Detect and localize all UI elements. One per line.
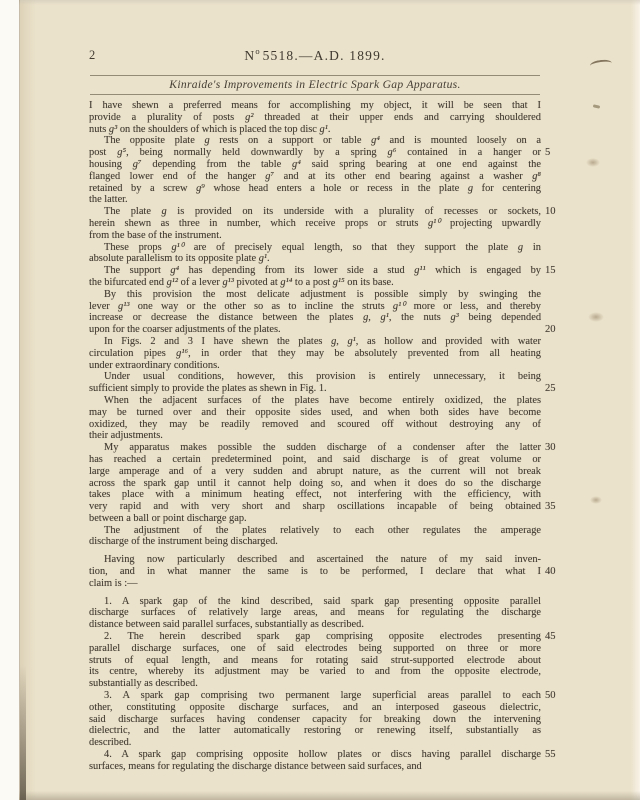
- text-line: 4. A spark gap comprising opposite hollo…: [89, 749, 541, 761]
- paragraph: 4. A spark gap comprising opposite hollo…: [89, 749, 541, 773]
- text-line: Having now particularly described and as…: [89, 554, 541, 566]
- text-line: 1. A spark gap of the kind described, sa…: [89, 596, 541, 608]
- text-line: oxidized, they may be readily removed an…: [89, 419, 541, 431]
- text-line: upon for the coarser adjustments of the …: [89, 324, 541, 336]
- text-line: The opposite plate g rests on a support …: [89, 135, 541, 147]
- paragraph: By this provision the most delicate adju…: [89, 289, 541, 336]
- text-line: under extraordinary conditions.: [89, 360, 541, 372]
- doc-number-prefix: N: [244, 48, 255, 63]
- page-edge-shadow: [20, 665, 26, 800]
- paragraph: Having now particularly described and as…: [89, 554, 541, 589]
- text-line: has reached a certain predetermined poin…: [89, 454, 541, 466]
- text-line: the bifurcated end g¹² of a lever g¹³ pi…: [89, 277, 541, 289]
- margin-line-number: 15: [545, 265, 573, 277]
- header-rule-bottom: [90, 94, 540, 95]
- text-line: The adjustment of the plates relatively …: [89, 525, 541, 537]
- text-line: nuts g³ on the shoulders of which is pla…: [89, 124, 541, 136]
- text-line: 3. A spark gap comprising two permanent …: [89, 690, 541, 702]
- paragraph: When the adjacent surfaces of the plates…: [89, 395, 541, 442]
- text-line: discharge surfaces of relatively large a…: [89, 607, 541, 619]
- scanned-page: 2 No5518.—A.D. 1899. Kinraide's Improvem…: [19, 0, 640, 800]
- paragraph: The opposite plate g rests on a support …: [89, 135, 541, 206]
- page-blemish: [593, 104, 600, 108]
- text-line: very rapid and with very short and sharp…: [89, 501, 541, 513]
- text-line: across the spark gap until it cannot hel…: [89, 478, 541, 490]
- page-blemish: [590, 59, 613, 71]
- text-line: their adjustments.: [89, 430, 541, 442]
- text-line: surfaces, means for regulating the disch…: [89, 761, 541, 773]
- text-line: herein shewn as three in number, which r…: [89, 218, 541, 230]
- text-line: By this provision the most delicate adju…: [89, 289, 541, 301]
- text-line: increase or decrease the distance betwee…: [89, 312, 541, 324]
- margin-line-number: 10: [545, 206, 573, 218]
- text-line: In Figs. 2 and 3 I have shewn the plates…: [89, 336, 541, 348]
- paragraph: My apparatus makes possible the sudden d…: [89, 442, 541, 525]
- text-line: dielectric, and the latter automatically…: [89, 725, 541, 737]
- paragraph: 1. A spark gap of the kind described, sa…: [89, 596, 541, 631]
- text-line: sufficient simply to provide the plates …: [89, 383, 541, 395]
- margin-line-number: 45: [545, 631, 573, 643]
- doc-number-rest: 5518.—A.D. 1899.: [263, 48, 386, 63]
- text-line: described.: [89, 737, 541, 749]
- text-line: other, constituting opposite discharge s…: [89, 702, 541, 714]
- margin-line-number: 50: [545, 690, 573, 702]
- margin-line-number: 55: [545, 749, 573, 761]
- text-line: said discharge surfaces having condenser…: [89, 714, 541, 726]
- paragraph: 3. A spark gap comprising two permanent …: [89, 690, 541, 749]
- text-line: 2. The herein described spark gap compri…: [89, 631, 541, 643]
- text-line: from the base of the instrument.: [89, 230, 541, 242]
- paragraph: The plate g is provided on its underside…: [89, 206, 541, 241]
- text-line: These props g¹⁰ are of precisely equal l…: [89, 242, 541, 254]
- text-line: takes place with a minimum heating effec…: [89, 489, 541, 501]
- margin-line-number: 5: [545, 147, 573, 159]
- text-line: its centre, whereby its adjustment may b…: [89, 666, 541, 678]
- text-line: absolute parallelism to its opposite pla…: [89, 253, 541, 265]
- text-line: The plate g is provided on its underside…: [89, 206, 541, 218]
- margin-line-number: 20: [545, 324, 573, 336]
- text-line: tion, and in what manner the same is to …: [89, 566, 541, 578]
- text-line: struts of equal length, and means for ro…: [89, 655, 541, 667]
- paragraph: Under usual conditions, however, this pr…: [89, 371, 541, 395]
- text-line: parallel discharge surfaces, one of said…: [89, 643, 541, 655]
- text-line: I have shewn a preferred means for accom…: [89, 100, 541, 112]
- page-blemish: [588, 312, 604, 322]
- text-line: retained by a screw g⁹ whose head enters…: [89, 183, 541, 195]
- page-blemish: [590, 496, 602, 504]
- text-line: large amperage and of a very sudden and …: [89, 466, 541, 478]
- paragraph: 2. The herein described spark gap compri…: [89, 631, 541, 690]
- text-line: The support g⁴ has depending from its lo…: [89, 265, 541, 277]
- text-line: Under usual conditions, however, this pr…: [89, 371, 541, 383]
- margin-line-number: 30: [545, 442, 573, 454]
- text-line: the latter.: [89, 194, 541, 206]
- text-line: My apparatus makes possible the sudden d…: [89, 442, 541, 454]
- text-line: lever g¹³ one way or the other so as to …: [89, 301, 541, 313]
- text-line: discharge of the instrument being discha…: [89, 536, 541, 548]
- text-line: circulation pipes g¹⁶, in order that the…: [89, 348, 541, 360]
- text-line: housing g⁷ depending from the table g⁴ s…: [89, 159, 541, 171]
- text-line: between a ball or point discharge gap.: [89, 513, 541, 525]
- text-line: post g⁵, being normally held downwardly …: [89, 147, 541, 159]
- text-line: flanged lower end of the hanger g⁷ and a…: [89, 171, 541, 183]
- text-line: provide a plurality of posts g² threaded…: [89, 112, 541, 124]
- text-line: substantially as described.: [89, 678, 541, 690]
- doc-number-superscript: o: [255, 46, 259, 56]
- body-text: I have shewn a preferred means for accom…: [89, 100, 541, 773]
- margin-line-number: 25: [545, 383, 573, 395]
- paragraph: These props g¹⁰ are of precisely equal l…: [89, 242, 541, 266]
- paragraph: The adjustment of the plates relatively …: [89, 525, 541, 549]
- running-title: Kinraide's Improvements in Electric Spar…: [89, 78, 541, 91]
- margin-line-number: 35: [545, 501, 573, 513]
- paragraph: In Figs. 2 and 3 I have shewn the plates…: [89, 336, 541, 371]
- text-line: claim is :—: [89, 578, 541, 590]
- paragraph: The support g⁴ has depending from its lo…: [89, 265, 541, 289]
- text-line: When the adjacent surfaces of the plates…: [89, 395, 541, 407]
- text-line: distance between said parallel surfaces,…: [89, 619, 541, 631]
- text-line: may be turned over and their opposite si…: [89, 407, 541, 419]
- header-rule-top: [90, 75, 540, 76]
- margin-line-number: 40: [545, 566, 573, 578]
- paragraph: I have shewn a preferred means for accom…: [89, 100, 541, 135]
- doc-number: No5518.—A.D. 1899.: [89, 46, 541, 64]
- page-blemish: [586, 158, 600, 167]
